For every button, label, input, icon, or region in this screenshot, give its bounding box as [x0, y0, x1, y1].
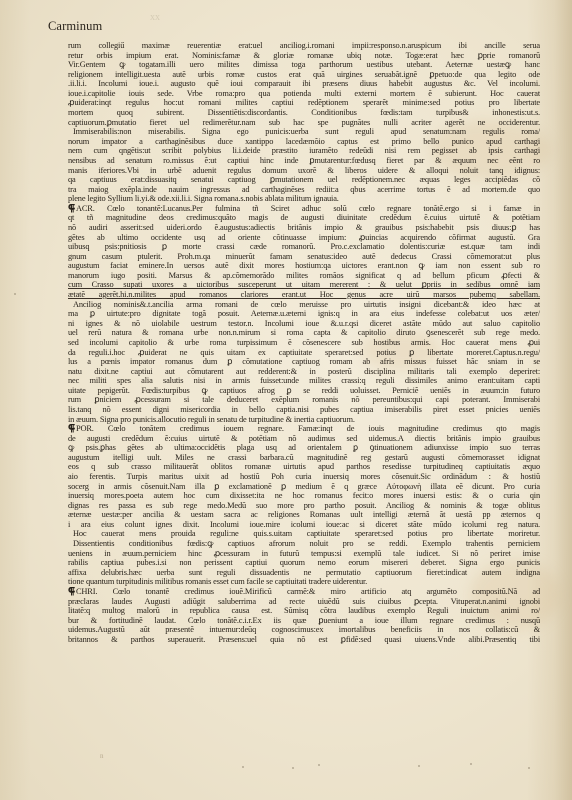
- text-line: ætatẽ agerẽt.hi.n.milites apud romanos c…: [68, 290, 540, 300]
- ink-speck: [242, 766, 244, 768]
- text-line: i ara eius colunt ignes dixit. Incolumi …: [68, 520, 540, 530]
- text-line: litatẽ:q multog malorũ in republica caus…: [68, 606, 540, 616]
- text-line: lus a pœnis impator romanus dum ꝑ cõmuta…: [68, 357, 540, 367]
- text-line: ꝙ psis.ꝑhas gẽtes ab ultima:occidẽtis pl…: [68, 443, 540, 453]
- text-line: manorum iugo positi. Marsus & ap.cõmemor…: [68, 271, 540, 281]
- text-line: nõ audiri asserit:sed uideri.ordo ẽ.augu…: [68, 223, 540, 233]
- text-line: Hoc cauerat mens prouida reguli:ne quis.…: [68, 529, 540, 539]
- text-line: æternæ uestæ:per ancilia & uestam sacra …: [68, 510, 540, 520]
- pilcrow-icon: ⸿: [68, 424, 75, 434]
- text-line: cum Crasso supati uxores a uictoribus su…: [68, 280, 540, 290]
- ink-speck: [14, 293, 16, 295]
- section-text: POR. Cœlo tonãtem credimus iouem regnare…: [76, 424, 540, 433]
- text-line: nec militi spes alia salutis nisi in arm…: [68, 376, 540, 386]
- text-line: socerg in armis cõsenuit.Nam illa ꝑ excl…: [68, 482, 540, 492]
- running-head: Carminum: [48, 19, 102, 34]
- text-line: tione quantum turpitudinis militibus rom…: [68, 577, 540, 587]
- text-line: rum ꝑniciem ꝓcessuram si tale deduceret …: [68, 395, 540, 405]
- text-line: dignas res passa es sub rege medo.Medũ s…: [68, 501, 540, 511]
- text-line: rum collegiű maximæ reuerentiæ erat:uel …: [68, 41, 540, 51]
- section-text: CHRI. Cœlo tonantẽ credimus iouẽ.Mirific…: [76, 587, 540, 596]
- text-line: gnum casum ptulerit. Proh.m.qa minuerũt …: [68, 252, 540, 262]
- text-line: uel rerũ natura & romana urbe non.n.miru…: [68, 328, 540, 338]
- ink-speck: [418, 765, 420, 767]
- ink-speck: [528, 767, 530, 769]
- text-line: sed incolumi capitolio & urbe roma turpi…: [68, 338, 540, 348]
- text-line: britannos & parthos superauerit. Præsens…: [68, 635, 540, 645]
- text-line: .ii.li.i. Incolumi ioue.i. augusto quẽ i…: [68, 79, 540, 89]
- text-line: Vir.Gentem ꝙ togatam.illi uero milites d…: [68, 60, 540, 70]
- book-page: xx Carminum rum collegiű maximæ reuerent…: [0, 0, 572, 800]
- text-line: inuersiq mores.poeta autem hoc cum dixis…: [68, 491, 540, 501]
- text-line: bur & fortitudinẽ laudat. Cœlo tonãtẽ.c.…: [68, 616, 540, 626]
- text-line: uitate pepigerũt. Fœdis:turpibus ꝙ capti…: [68, 386, 540, 396]
- text-line: ma ꝑ uirtute:pro dignitate togã posuit. …: [68, 309, 540, 319]
- text-line: tra maiog exẽpla.inde nauim ingressus ad…: [68, 185, 540, 195]
- ink-speck: [318, 764, 320, 766]
- text-line: de augusti credẽdum ẽ:cuius uirtutẽ & po…: [68, 434, 540, 444]
- text-line: retur orbis impium erat. Nominis:famæ & …: [68, 51, 540, 61]
- text-line: rabilis captiua pubes.i.si non perissent…: [68, 558, 540, 568]
- text-line: manis iferiores.Vbi in urbẽ aduenit regu…: [68, 166, 540, 176]
- text-line: lis.tanq nõ essent digni misericordia in…: [68, 405, 540, 415]
- text-line: ueniens in æuum.perniciem hinc ꝓcessuram…: [68, 549, 540, 559]
- text-line: qa captiuus erat:dissuasitq senatui capt…: [68, 175, 540, 185]
- text-line: in æuum. Signa pro punicis.allocutio reg…: [68, 415, 540, 425]
- text-line: ⸿POR. Cœlo tonãtem credimus iouem regnar…: [68, 424, 540, 434]
- text-line: natu dixit.ne captiui aut cõmutarent aut…: [68, 367, 540, 377]
- text-line: aio ferentis. Turpis maritus uixit ad ho…: [68, 472, 540, 482]
- section-text: ACR. Cœlo tonantẽ:Lucanus.Per fulmina tñ…: [76, 204, 540, 213]
- text-line: ⸿ACR. Cœlo tonantẽ:Lucanus.Per fulmina t…: [68, 204, 540, 214]
- text-line: augustum faciat eminere.In uersos autẽ d…: [68, 261, 540, 271]
- ink-speck: [470, 763, 472, 765]
- text-line: qt tñ magnitudine deos credimus:quãto ma…: [68, 213, 540, 223]
- text-line: ⸿CHRI. Cœlo tonantẽ credimus iouẽ.Mirifi…: [68, 587, 540, 597]
- text-line: uidemus.Augustũ aũt præsentẽ intuemur:de…: [68, 625, 540, 635]
- text-line: Immiserabilis:non miserabilis. Signa ego…: [68, 127, 540, 137]
- text-line: gẽtes ab ultimo occidente usq ad oriente…: [68, 233, 540, 243]
- text-line: augustum itelligi uult. Miles ne crassi …: [68, 453, 540, 463]
- text-line: ioue.i.capitolie iouis sede. Vrbe roma:p…: [68, 89, 540, 99]
- text-line: nem cum qngẽtis:ut scribit polybius li.i…: [68, 146, 540, 156]
- pilcrow-icon: ⸿: [68, 204, 75, 214]
- text-line: Dissentientis conditionibus fœdis:ꝙ capt…: [68, 539, 540, 549]
- text-line: norum impator a carthaginẽsibus duce xan…: [68, 137, 540, 147]
- text-line: eos q sub crasso militauerãt oblitos rom…: [68, 462, 540, 472]
- text-line: affixa delubris.hæc uerba sunt reguli di…: [68, 568, 540, 578]
- ink-speck: [292, 767, 294, 769]
- text-line: mortem quoq subirent. Dissentiẽtis:disco…: [68, 108, 540, 118]
- text-line: nensibus ad senatum ro.missus ẽ:ut capti…: [68, 156, 540, 166]
- text-line: plene legito Syllium li.yi.& ode.xii.li.…: [68, 194, 540, 204]
- text-line: captiuorum.ꝑmutatio fieret uel redimerẽt…: [68, 118, 540, 128]
- text-line: da reguli.i.hoc ꝓuiderat ne quis uitam e…: [68, 348, 540, 358]
- commentary-text-block: rum collegiű maximæ reuerentiæ erat:uel …: [68, 41, 540, 644]
- text-line: Anciliog nominis&.t.ancilia arma romani …: [68, 300, 540, 310]
- bottom-marker: n: [100, 752, 104, 760]
- text-line: ni ignes & nõ uiolabile uestrum testor.n…: [68, 319, 540, 329]
- text-line: ꝓuiderat:inqt regulus hoc:ut romani mili…: [68, 98, 540, 108]
- pilcrow-icon: ⸿: [68, 587, 75, 597]
- text-line: uibusq psis:pnitiosis ꝑ morte crassi cæd…: [68, 242, 540, 252]
- text-line: præclaras laudes Augusti adiũgit saluber…: [68, 597, 540, 607]
- ghost-foliation: xx: [150, 12, 160, 23]
- text-line: religionem intelligit.uesta autẽ urbis r…: [68, 70, 540, 80]
